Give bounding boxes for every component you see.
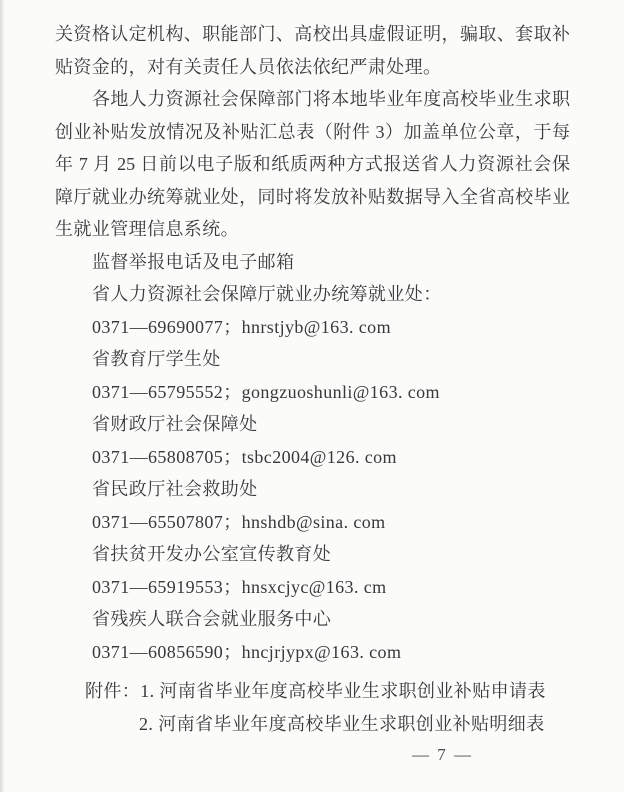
body-line-3: 各地人力资源社会保障部门将本地毕业年度高校毕业生求职 [55, 83, 570, 116]
body-line-2: 贴资金的，对有关责任人员依法依纪严肃处理。 [55, 51, 570, 84]
contact-1-department: 省人力资源社会保障厅就业办统筹就业处： [55, 278, 570, 311]
attachments-line-1: 附件：1. 河南省毕业年度高校毕业生求职创业补贴申请表 [55, 675, 570, 708]
body-line-4: 创业补贴发放情况及补贴汇总表（附件 3）加盖单位公章，于每 [55, 116, 570, 149]
contact-6-department: 省残疾人联合会就业服务中心 [55, 603, 570, 636]
body-line-5: 年 7 月 25 日前以电子版和纸质两种方式报送省人力资源社会保 [55, 148, 570, 181]
contact-6-phone-email: 0371—60856590；hncjrjypx@163. com [55, 636, 570, 669]
contact-3-phone-email: 0371—65808705；tsbc2004@126. com [55, 441, 570, 474]
document-page: 关资格认定机构、职能部门、高校出具虚假证明，骗取、套取补 贴资金的，对有关责任人… [0, 0, 624, 792]
body-line-1: 关资格认定机构、职能部门、高校出具虚假证明，骗取、套取补 [55, 18, 570, 51]
body-line-6: 障厅就业办统筹就业处，同时将发放补贴数据导入全省高校毕业 [55, 181, 570, 214]
contact-1-phone-email: 0371—69690077；hnrstjyb@163. com [55, 311, 570, 344]
contact-4-department: 省民政厅社会救助处 [55, 473, 570, 506]
contact-2-phone-email: 0371—65795552；gongzuoshunli@163. com [55, 376, 570, 409]
contact-5-phone-email: 0371—65919553；hnsxcjyc@163. cm [55, 571, 570, 604]
contact-5-department: 省扶贫开发办公室宣传教育处 [55, 538, 570, 571]
contact-4-phone-email: 0371—65507807；hnshdb@sina. com [55, 506, 570, 539]
contact-2-department: 省教育厅学生处 [55, 343, 570, 376]
document-content: 关资格认定机构、职能部门、高校出具虚假证明，骗取、套取补 贴资金的，对有关责任人… [55, 18, 570, 765]
body-line-7: 生就业管理信息系统。 [55, 213, 570, 246]
attachment-item-1: 1. 河南省毕业年度高校毕业生求职创业补贴申请表 [140, 681, 546, 701]
contact-heading: 监督举报电话及电子邮箱 [55, 246, 570, 279]
scan-edge-shadow [0, 0, 5, 792]
page-number: — 7 — [55, 745, 473, 765]
contact-3-department: 省财政厅社会保障处 [55, 408, 570, 441]
attachment-item-2: 2. 河南省毕业年度高校毕业生求职创业补贴明细表 [55, 708, 570, 741]
attachments-label: 附件： [85, 681, 140, 701]
